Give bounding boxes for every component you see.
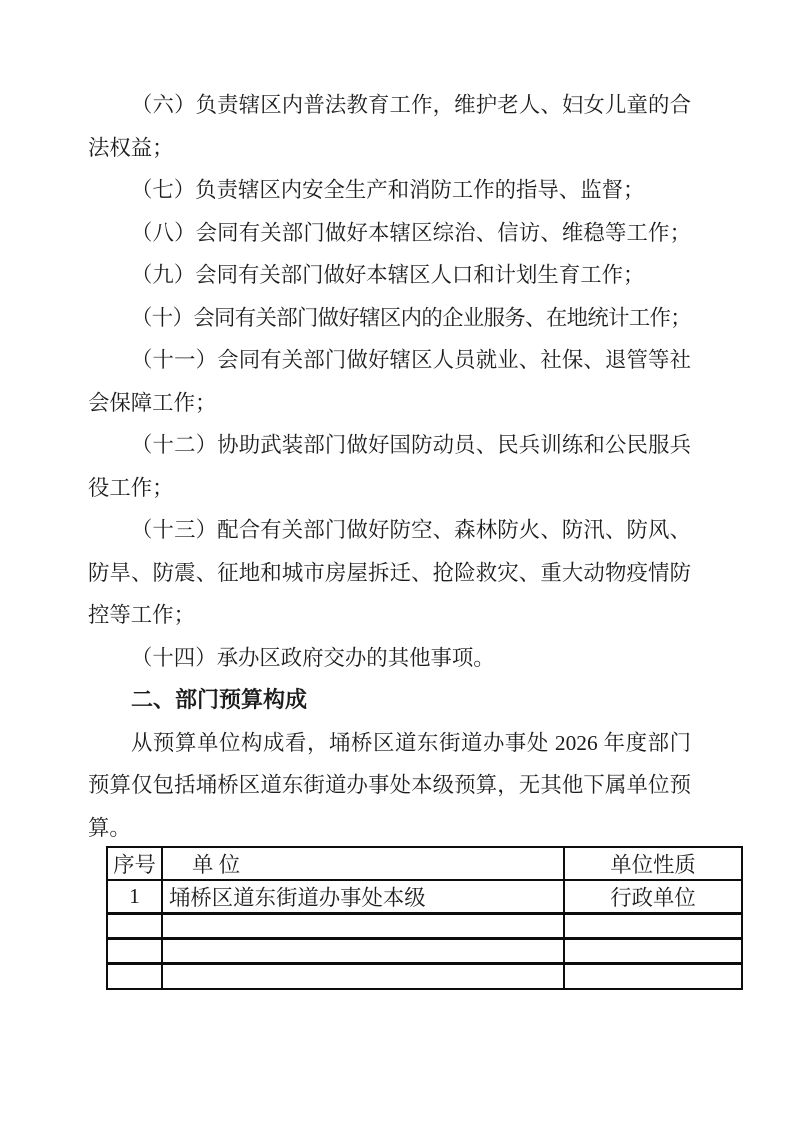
table-row <box>107 914 742 939</box>
table-header-row: 序号单 位单位性质 <box>107 847 742 880</box>
text-line: （十一）会同有关部门做好辖区人员就业、社保、退管等社 <box>88 339 691 382</box>
text-line: 会保障工作； <box>88 382 691 425</box>
text-line: （六）负责辖区内普法教育工作，维护老人、妇女儿童的合 <box>88 84 691 127</box>
table-header-cell: 序号 <box>107 847 162 880</box>
text-line: 法权益； <box>88 127 691 170</box>
table-cell <box>107 939 162 964</box>
budget-table-body: 1埇桥区道东街道办事处本级行政单位 <box>107 880 742 989</box>
table-cell <box>162 964 564 989</box>
table-row <box>107 964 742 989</box>
text-line: （十）会同有关部门做好辖区内的企业服务、在地统计工作； <box>88 297 691 340</box>
table-cell <box>107 914 162 939</box>
text-line: 从预算单位构成看，埇桥区道东街道办事处 2026 年度部门 <box>88 722 691 765</box>
table-cell <box>162 914 564 939</box>
table-cell <box>107 964 162 989</box>
document-body: （六）负责辖区内普法教育工作，维护老人、妇女儿童的合法权益；（七）负责辖区内安全… <box>88 84 691 849</box>
text-line: 役工作； <box>88 467 691 510</box>
table-cell <box>564 939 742 964</box>
table-header-cell: 单 位 <box>162 847 564 880</box>
text-line: （十三）配合有关部门做好防空、森林防火、防汛、防风、 <box>88 509 691 552</box>
table-cell: 埇桥区道东街道办事处本级 <box>162 880 564 914</box>
text-line: （八）会同有关部门做好本辖区综治、信访、维稳等工作； <box>88 212 691 255</box>
table-header-cell: 单位性质 <box>564 847 742 880</box>
table-row: 1埇桥区道东街道办事处本级行政单位 <box>107 880 742 914</box>
text-line: （九）会同有关部门做好本辖区人口和计划生育工作； <box>88 254 691 297</box>
table-cell <box>564 964 742 989</box>
text-line: 防旱、防震、征地和城市房屋拆迁、抢险救灾、重大动物疫情防 <box>88 552 691 595</box>
text-line: （十四）承办区政府交办的其他事项。 <box>88 637 691 680</box>
section-heading: 二、部门预算构成 <box>88 679 691 722</box>
text-line: （七）负责辖区内安全生产和消防工作的指导、监督； <box>88 169 691 212</box>
text-line: （十二）协助武装部门做好国防动员、民兵训练和公民服兵 <box>88 424 691 467</box>
text-line: 控等工作； <box>88 594 691 637</box>
table-cell <box>162 939 564 964</box>
text-line: 算。 <box>88 807 691 850</box>
document-page: （六）负责辖区内普法教育工作，维护老人、妇女儿童的合法权益；（七）负责辖区内安全… <box>0 0 793 1122</box>
table-cell: 1 <box>107 880 162 914</box>
table-cell <box>564 914 742 939</box>
budget-units-table: 序号单 位单位性质 1埇桥区道东街道办事处本级行政单位 <box>106 846 743 990</box>
table-row <box>107 939 742 964</box>
text-line: 预算仅包括埇桥区道东街道办事处本级预算，无其他下属单位预 <box>88 764 691 807</box>
budget-table-head: 序号单 位单位性质 <box>107 847 742 880</box>
table-cell: 行政单位 <box>564 880 742 914</box>
